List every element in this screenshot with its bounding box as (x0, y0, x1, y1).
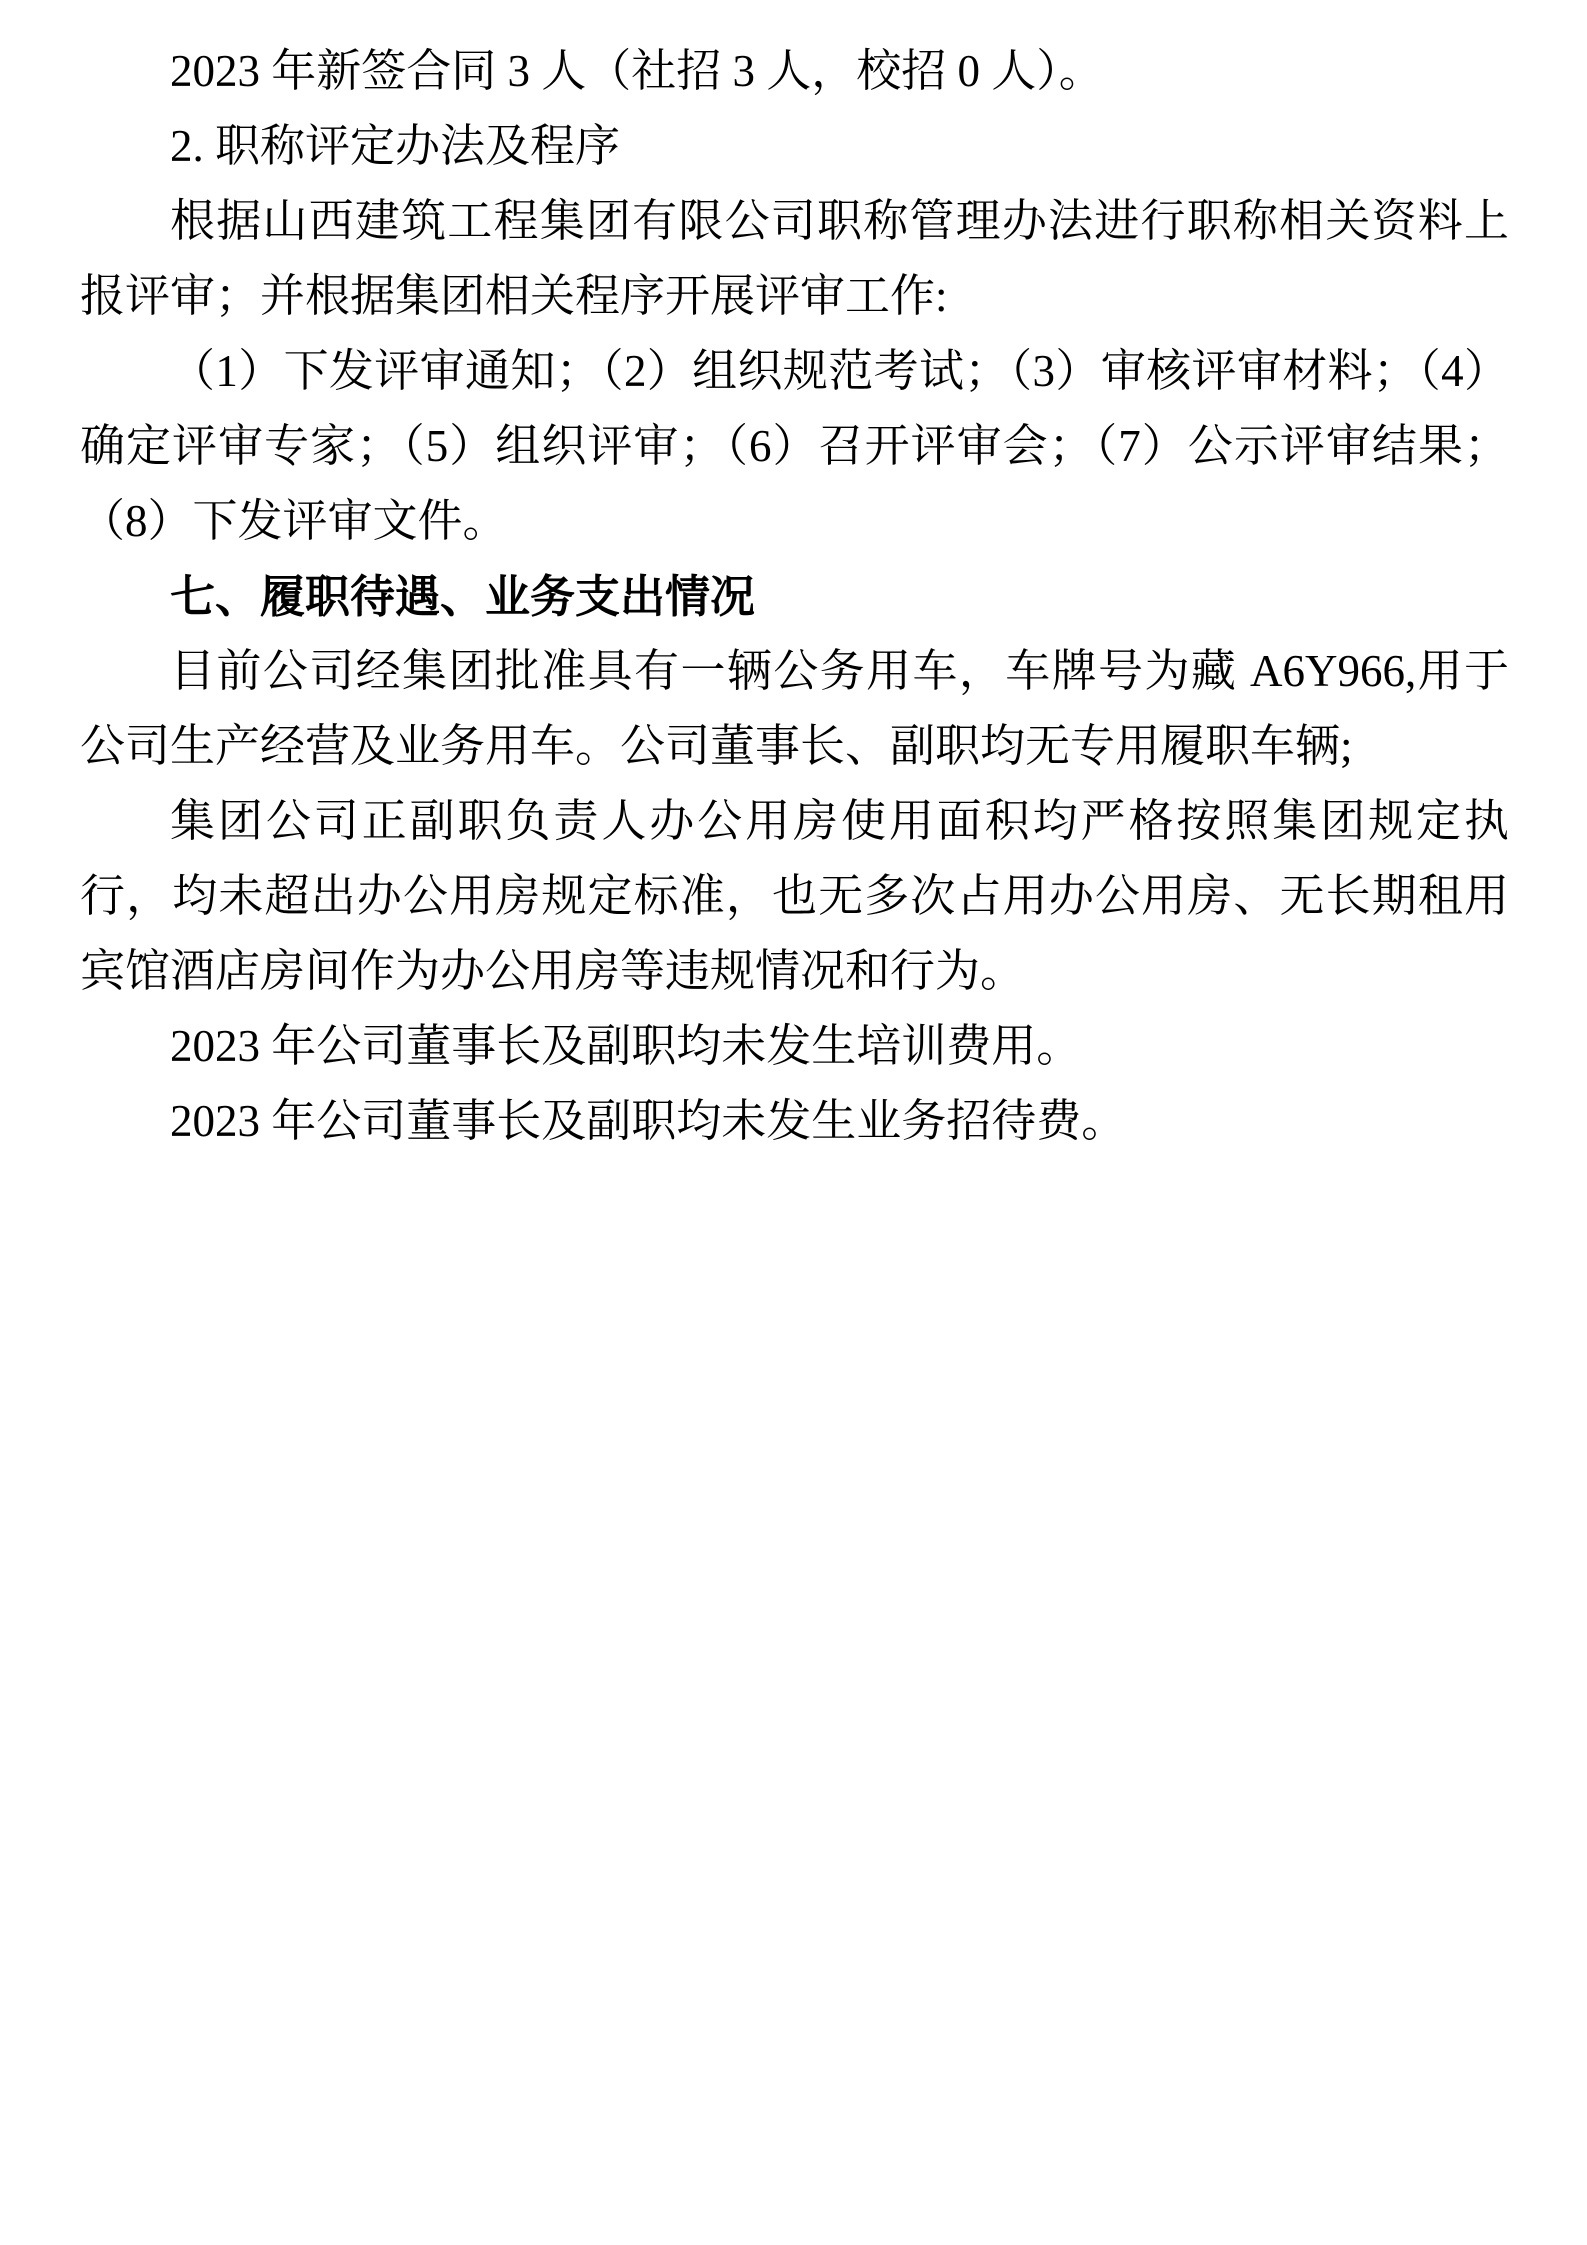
paragraph-evaluation-basis: 根据山西建筑工程集团有限公司职称管理办法进行职称相关资料上报评审；并根据集团相关… (80, 184, 1509, 334)
section-heading-duty-benefits: 七、履职待遇、业务支出情况 (80, 559, 1509, 634)
paragraph-company-vehicle: 目前公司经集团批准具有一辆公务用车，车牌号为藏 A6Y966,用于公司生产经营及… (80, 634, 1509, 784)
paragraph-evaluation-steps: （1）下发评审通知；（2）组织规范考试；（3）审核评审材料；（4）确定评审专家；… (80, 334, 1509, 559)
document-page: 2023 年新签合同 3 人（社招 3 人，校招 0 人）。 2. 职称评定办法… (0, 0, 1587, 2245)
paragraph-hospitality-expenses: 2023 年公司董事长及副职均未发生业务招待费。 (80, 1084, 1509, 1159)
paragraph-new-contracts: 2023 年新签合同 3 人（社招 3 人，校招 0 人）。 (80, 34, 1509, 109)
paragraph-office-space: 集团公司正副职负责人办公用房使用面积均严格按照集团规定执行，均未超出办公用房规定… (80, 784, 1509, 1009)
paragraph-training-expenses: 2023 年公司董事长及副职均未发生培训费用。 (80, 1009, 1509, 1084)
paragraph-title-evaluation-subheading: 2. 职称评定办法及程序 (80, 109, 1509, 184)
